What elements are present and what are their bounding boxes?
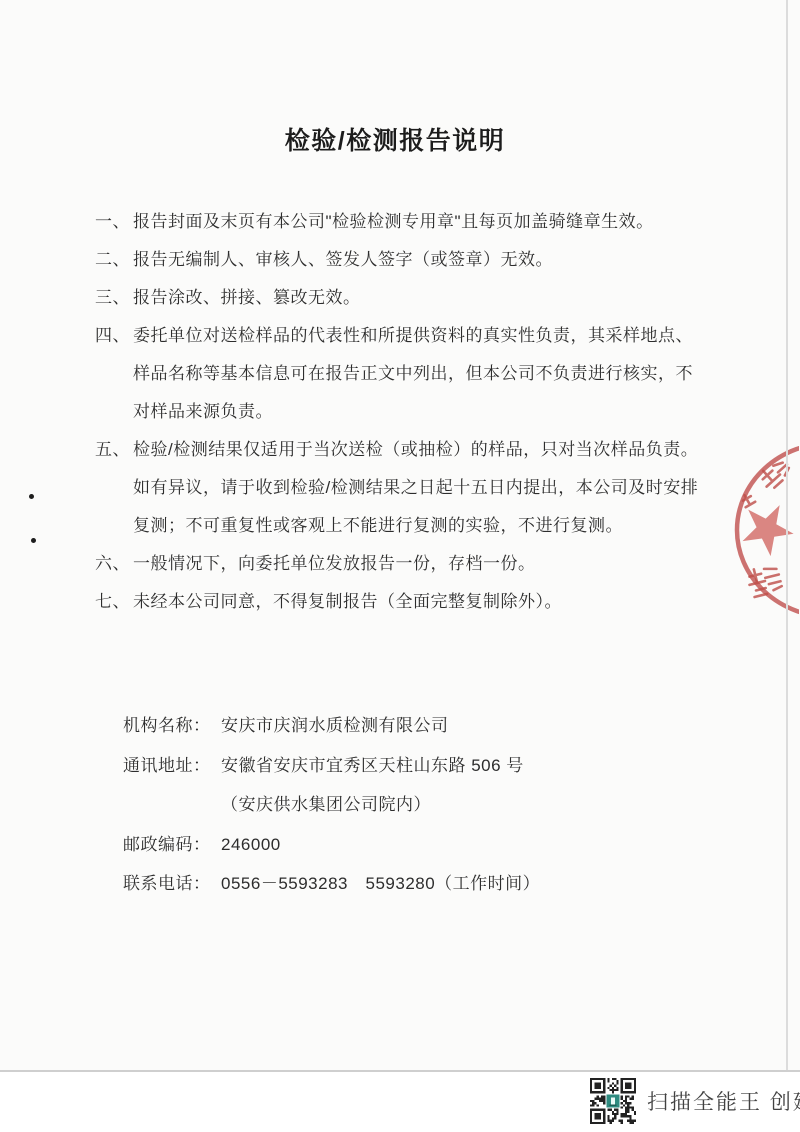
note-number: 四、 — [95, 317, 133, 431]
note-number: 一、 — [95, 203, 133, 241]
org-row: 机构名称：安庆市庆润水质检测有限公司 — [123, 706, 540, 746]
note-line: 报告无编制人、审核人、签发人签字（或签章）无效。 — [133, 241, 755, 279]
org-label: 联系电话： — [123, 864, 215, 904]
qr-code — [590, 1078, 636, 1124]
note-item: 二、报告无编制人、审核人、签发人签字（或签章）无效。 — [95, 241, 755, 279]
note-line: 对样品来源负责。 — [133, 393, 755, 431]
org-row: 通讯地址：安徽省安庆市宜秀区天柱山东路 506 号 — [123, 746, 540, 786]
ink-dot — [31, 538, 36, 543]
page-title: 检验/检测报告说明 — [0, 121, 790, 157]
note-line: 报告封面及末页有本公司"检验检测专用章"且每页加盖骑缝章生效。 — [133, 203, 755, 241]
org-value: （安庆供水集团公司院内） — [215, 785, 431, 825]
watermark-text: 扫描全能王 创建 — [647, 1086, 800, 1116]
org-value: 246000 — [215, 825, 281, 865]
note-line: 检验/检测结果仅适用于当次送检（或抽检）的样品，只对当次样品负责。 — [133, 431, 755, 469]
document-page: 检验/检测报告说明 一、报告封面及末页有本公司"检验检测专用章"且每页加盖骑缝章… — [0, 0, 800, 1072]
org-row: 邮政编码：246000 — [123, 825, 540, 865]
note-item: 七、未经本公司同意，不得复制报告（全面完整复制除外）。 — [95, 583, 755, 621]
note-number: 五、 — [95, 431, 133, 545]
note-number: 二、 — [95, 241, 133, 279]
note-line: 未经本公司同意，不得复制报告（全面完整复制除外）。 — [133, 583, 755, 621]
note-number: 七、 — [95, 583, 133, 621]
org-label: 机构名称： — [123, 706, 215, 746]
note-item: 四、委托单位对送检样品的代表性和所提供资料的真实性负责，其采样地点、样品名称等基… — [95, 317, 755, 431]
page-edge-right — [786, 0, 788, 1070]
org-label: 邮政编码： — [123, 825, 215, 865]
note-line: 委托单位对送检样品的代表性和所提供资料的真实性负责，其采样地点、 — [133, 317, 755, 355]
scanner-watermark: 扫描全能王 创建 — [590, 1078, 800, 1124]
note-item: 一、报告封面及末页有本公司"检验检测专用章"且每页加盖骑缝章生效。 — [95, 203, 755, 241]
note-item: 六、一般情况下，向委托单位发放报告一份，存档一份。 — [95, 545, 755, 583]
note-line: 如有异议，请于收到检验/检测结果之日起十五日内提出，本公司及时安排 — [133, 469, 755, 507]
org-row: 联系电话：0556－5593283 5593280（工作时间） — [123, 864, 540, 904]
org-info: 机构名称：安庆市庆润水质检测有限公司通讯地址：安徽省安庆市宜秀区天柱山东路 50… — [123, 706, 540, 904]
note-number: 三、 — [95, 279, 133, 317]
org-label: 通讯地址： — [123, 746, 215, 786]
ink-dot — [29, 494, 34, 499]
note-line: 复测；不可重复性或客观上不能进行复测的实验，不进行复测。 — [133, 507, 755, 545]
notes-list: 一、报告封面及末页有本公司"检验检测专用章"且每页加盖骑缝章生效。二、报告无编制… — [95, 203, 755, 621]
note-line: 样品名称等基本信息可在报告正文中列出，但本公司不负责进行核实，不 — [133, 355, 755, 393]
org-value: 安徽省安庆市宜秀区天柱山东路 506 号 — [215, 746, 524, 786]
org-label — [123, 785, 215, 825]
note-number: 六、 — [95, 545, 133, 583]
note-line: 报告涂改、拼接、篡改无效。 — [133, 279, 755, 317]
org-row: （安庆供水集团公司院内） — [123, 785, 540, 825]
company-seal-stamp — [731, 441, 799, 619]
note-item: 五、检验/检测结果仅适用于当次送检（或抽检）的样品，只对当次样品负责。如有异议，… — [95, 431, 755, 545]
org-value: 0556－5593283 5593280（工作时间） — [215, 864, 540, 904]
note-item: 三、报告涂改、拼接、篡改无效。 — [95, 279, 755, 317]
org-value: 安庆市庆润水质检测有限公司 — [215, 706, 449, 746]
note-line: 一般情况下，向委托单位发放报告一份，存档一份。 — [133, 545, 755, 583]
